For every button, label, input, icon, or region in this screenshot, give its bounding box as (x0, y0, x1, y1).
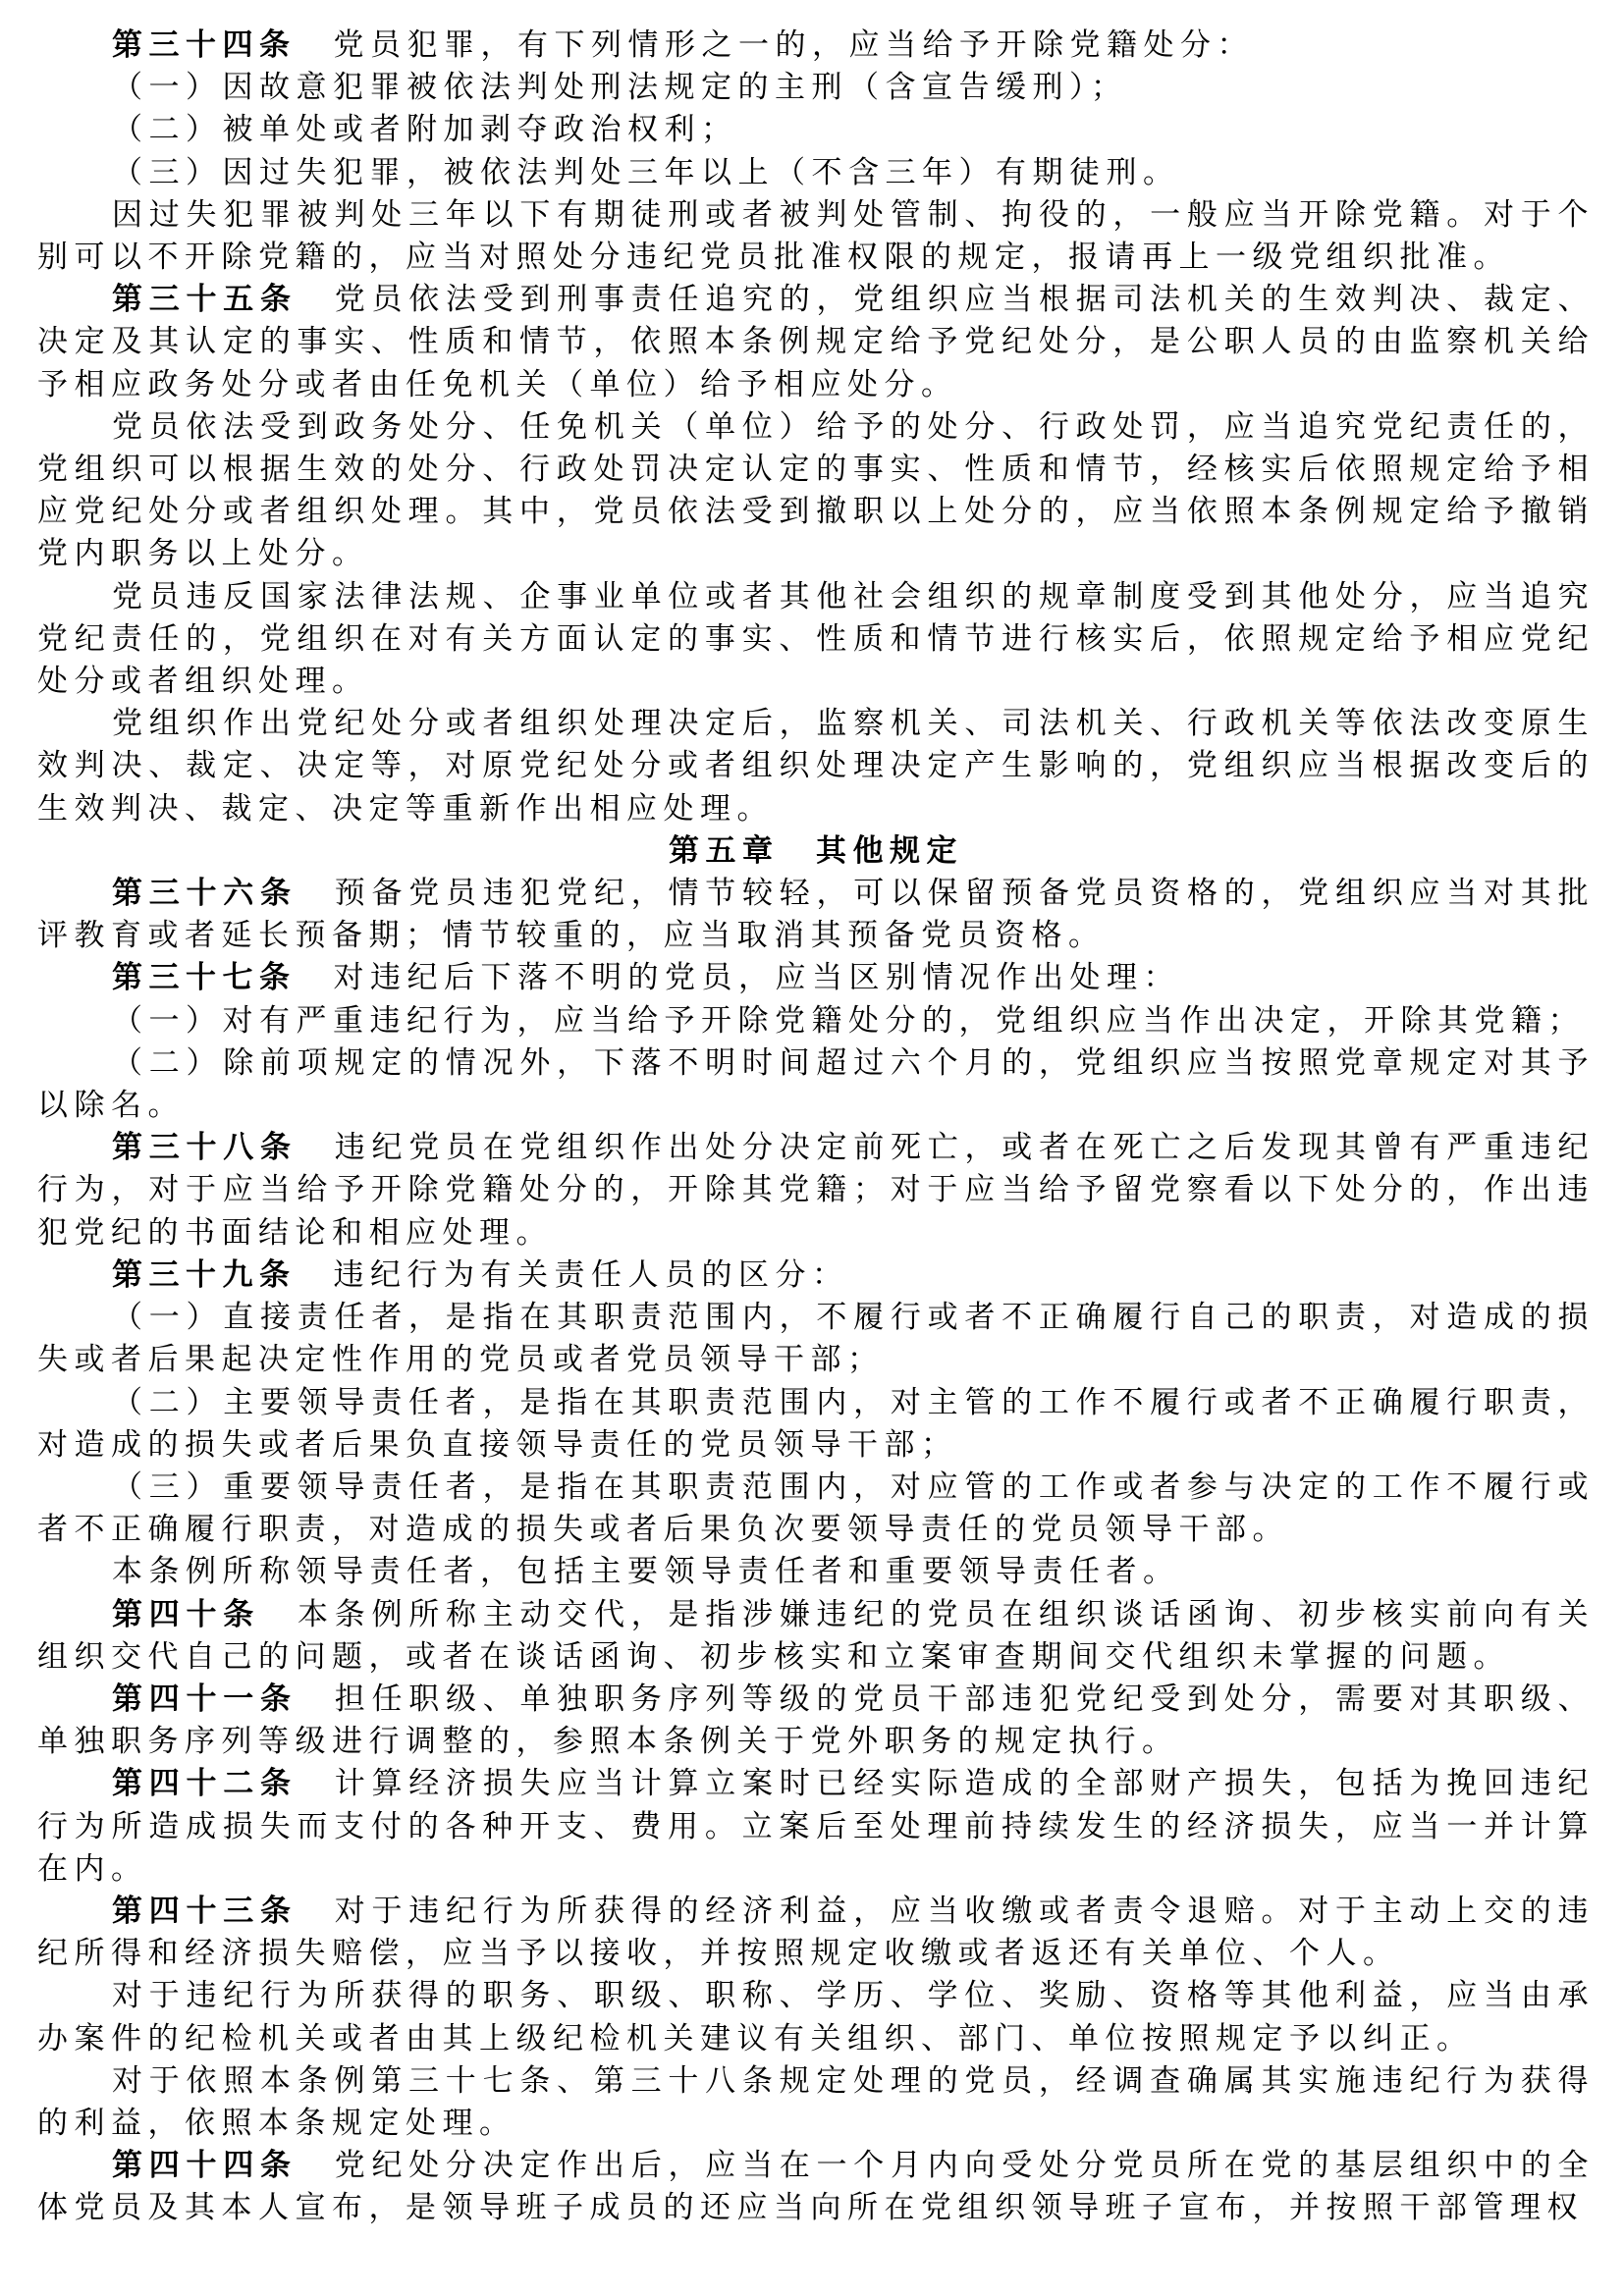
paragraph-text: （三）因过失犯罪，被依法判处三年以上（不含三年）有期徒刑。 (112, 155, 1180, 189)
body-paragraph: （一）对有严重违纪行为，应当给予开除党籍处分的，党组织应当作出决定，开除其党籍； (37, 999, 1595, 1041)
paragraph-text: （一）直接责任者，是指在其职责范围内，不履行或者不正确履行自己的职责，对造成的损… (37, 1300, 1595, 1376)
article-number: 第四十一条 (112, 1682, 298, 1716)
paragraph-text: 本条例所称领导责任者，包括主要领导责任者和重要领导责任者。 (112, 1554, 1180, 1588)
article-paragraph: 第三十四条党员犯罪，有下列情形之一的，应当给予开除党籍处分： (37, 24, 1595, 66)
article-paragraph: 第四十四条党纪处分决定作出后，应当在一个月内向受处分党员所在党的基层组织中的全体… (37, 2144, 1595, 2228)
paragraph-text: （二）被单处或者附加剥夺政治权利； (112, 112, 738, 146)
article-paragraph: 第四十二条计算经济损失应当计算立案时已经实际造成的全部财产损失，包括为挽回违纪行… (37, 1762, 1595, 1890)
paragraph-text: （一）因故意犯罪被依法判处刑法规定的主刑（含宣告缓刑）； (112, 70, 1128, 104)
article-paragraph: 第四十三条对于违纪行为所获得的经济利益，应当收缴或者责令退赔。对于主动上交的违纪… (37, 1890, 1595, 1974)
paragraph-text: 对于依照本条例第三十七条、第三十八条规定处理的党员，经调查确属其实施违纪行为获得… (37, 2063, 1595, 2140)
paragraph-text: 党员依法受到政务处分、任免机关（单位）给予的处分、行政处罚，应当追究党纪责任的，… (37, 409, 1595, 571)
article-number: 第三十五条 (112, 282, 298, 316)
paragraph-text: 党员违反国家法律法规、企事业单位或者其他社会组织的规章制度受到其他处分，应当追究… (37, 579, 1595, 698)
article-number: 第三十九条 (112, 1257, 297, 1292)
body-paragraph: （一）因故意犯罪被依法判处刑法规定的主刑（含宣告缓刑）； (37, 66, 1595, 108)
article-number: 第四十条 (112, 1597, 260, 1631)
body-paragraph: 党员依法受到政务处分、任免机关（单位）给予的处分、行政处罚，应当追究党纪责任的，… (37, 405, 1595, 575)
paragraph-text: 对违纪后下落不明的党员，应当区别情况作出处理： (334, 960, 1181, 994)
paragraph-text: 本条例所称主动交代，是指涉嫌违纪的党员在组织谈话函询、初步核实前向有关组织交代自… (37, 1597, 1595, 1674)
article-number: 第三十四条 (112, 27, 297, 62)
paragraph-text: （三）重要领导责任者，是指在其职责范围内，对应管的工作或者参与决定的工作不履行或… (37, 1469, 1595, 1546)
paragraph-text: 对于违纪行为所获得的职务、职级、职称、学历、学位、奖励、资格等其他利益，应当由承… (37, 1978, 1595, 2055)
paragraph-text: 党组织作出党纪处分或者组织处理决定后，监察机关、司法机关、行政机关等依法改变原生… (37, 706, 1595, 825)
paragraph-text: 违纪行为有关责任人员的区分： (334, 1257, 849, 1292)
body-paragraph: 本条例所称领导责任者，包括主要领导责任者和重要领导责任者。 (37, 1550, 1595, 1592)
article-number: 第三十八条 (112, 1130, 298, 1164)
article-paragraph: 第三十九条违纪行为有关责任人员的区分： (37, 1254, 1595, 1296)
paragraph-text: （二）主要领导责任者，是指在其职责范围内，对主管的工作不履行或者不正确履行职责，… (37, 1385, 1595, 1462)
body-paragraph: （三）重要领导责任者，是指在其职责范围内，对应管的工作或者参与决定的工作不履行或… (37, 1466, 1595, 1550)
article-number: 第三十六条 (112, 876, 298, 910)
article-number: 第四十三条 (112, 1894, 298, 1928)
body-paragraph: （二）除前项规定的情况外，下落不明时间超过六个月的，党组织应当按照党章规定对其予… (37, 1041, 1595, 1126)
paragraph-text: （一）对有严重违纪行为，应当给予开除党籍处分的，党组织应当作出决定，开除其党籍； (112, 1003, 1585, 1038)
paragraph-text: 因过失犯罪被判处三年以下有期徒刑或者被判处管制、拘役的，一般应当开除党籍。对于个… (37, 197, 1595, 274)
article-number: 第三十七条 (112, 960, 297, 994)
article-paragraph: 第四十条本条例所称主动交代，是指涉嫌违纪的党员在组织谈话函询、初步核实前向有关组… (37, 1593, 1595, 1678)
article-paragraph: 第三十六条预备党员违犯党纪，情节较轻，可以保留预备党员资格的，党组织应当对其批评… (37, 872, 1595, 956)
article-paragraph: 第四十一条担任职级、单独职务序列等级的党员干部违犯党纪受到处分，需要对其职级、单… (37, 1678, 1595, 1762)
body-paragraph: 对于违纪行为所获得的职务、职级、职称、学历、学位、奖励、资格等其他利益，应当由承… (37, 1974, 1595, 2058)
article-number: 第四十二条 (112, 1766, 298, 1800)
paragraph-text: （二）除前项规定的情况外，下落不明时间超过六个月的，党组织应当按照党章规定对其予… (37, 1045, 1595, 1122)
body-paragraph: （二）主要领导责任者，是指在其职责范围内，对主管的工作不履行或者不正确履行职责，… (37, 1381, 1595, 1466)
article-number: 第四十四条 (112, 2148, 298, 2182)
body-paragraph: （二）被单处或者附加剥夺政治权利； (37, 108, 1595, 150)
article-paragraph: 第三十八条违纪党员在党组织作出处分决定前死亡，或者在死亡之后发现其曾有严重违纪行… (37, 1126, 1595, 1254)
paragraph-text: 党员犯罪，有下列情形之一的，应当给予开除党籍处分： (334, 27, 1255, 62)
document-body: 第三十四条党员犯罪，有下列情形之一的，应当给予开除党籍处分：（一）因故意犯罪被依… (37, 24, 1595, 2229)
body-paragraph: （三）因过失犯罪，被依法判处三年以上（不含三年）有期徒刑。 (37, 151, 1595, 193)
article-paragraph: 第三十五条党员依法受到刑事责任追究的，党组织应当根据司法机关的生效判决、裁定、决… (37, 278, 1595, 405)
chapter-heading: 第五章 其他规定 (37, 829, 1595, 872)
body-paragraph: （一）直接责任者，是指在其职责范围内，不履行或者不正确履行自己的职责，对造成的损… (37, 1296, 1595, 1380)
body-paragraph: 党员违反国家法律法规、企事业单位或者其他社会组织的规章制度受到其他处分，应当追究… (37, 575, 1595, 703)
body-paragraph: 因过失犯罪被判处三年以下有期徒刑或者被判处管制、拘役的，一般应当开除党籍。对于个… (37, 193, 1595, 278)
article-paragraph: 第三十七条对违纪后下落不明的党员，应当区别情况作出处理： (37, 956, 1595, 998)
body-paragraph: 对于依照本条例第三十七条、第三十八条规定处理的党员，经调查确属其实施违纪行为获得… (37, 2059, 1595, 2144)
body-paragraph: 党组织作出党纪处分或者组织处理决定后，监察机关、司法机关、行政机关等依法改变原生… (37, 702, 1595, 829)
